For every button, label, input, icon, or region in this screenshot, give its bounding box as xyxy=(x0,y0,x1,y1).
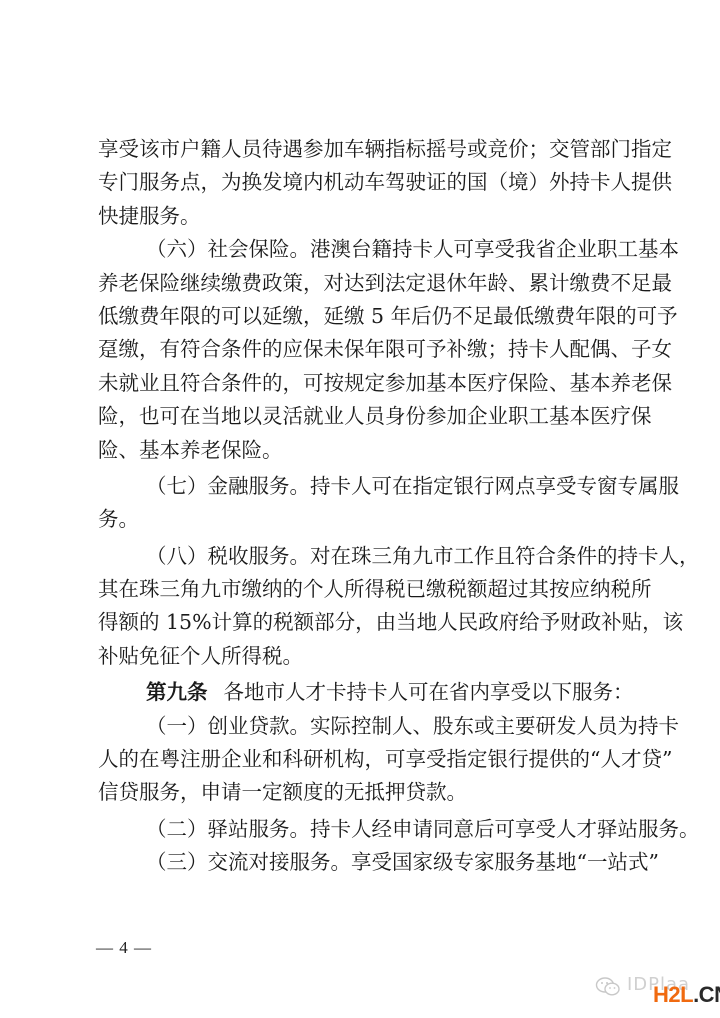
brand-cn: .CN xyxy=(693,982,720,1007)
document-body: 享受该市户籍人员待遇参加车辆指标摇号或竞价；交管部门指定 专门服务点，为换发境内… xyxy=(98,133,630,880)
text-line: 信贷服务，申请一定额度的无抵押贷款。 xyxy=(98,776,630,809)
text-line: 务。 xyxy=(98,503,630,536)
text-line: 其在珠三角九市缴纳的个人所得税已缴税额超过其按应纳税所 xyxy=(98,573,630,606)
page-number: — 4 — xyxy=(96,938,152,958)
text-line: 险，也可在当地以灵活就业人员身份参加企业职工基本医疗保 xyxy=(98,400,630,433)
text-line: 趸缴，有符合条件的应保未保年限可予补缴；持卡人配偶、子女 xyxy=(98,333,630,366)
section-7-heading-line: （七）金融服务。持卡人可在指定银行网点享受专窗专属服 xyxy=(98,470,630,503)
item-1-heading-line: （一）创业贷款。实际控制人、股东或主要研发人员为持卡 xyxy=(98,710,630,743)
text-line: 养老保险继续缴费政策，对达到法定退休年龄、累计缴费不足最 xyxy=(98,267,630,300)
watermark-brand: H2L.CN xyxy=(653,982,720,1008)
text-line: 险、基本养老保险。 xyxy=(98,434,630,467)
section-8-heading-line: （八）税收服务。对在珠三角九市工作且符合条件的持卡人， xyxy=(98,540,630,573)
document-page: 享受该市户籍人员待遇参加车辆指标摇号或竞价；交管部门指定 专门服务点，为换发境内… xyxy=(0,0,720,1018)
text-line: 专门服务点，为换发境内机动车驾驶证的国（境）外持卡人提供 xyxy=(98,166,630,199)
item-3-line: （三）交流对接服务。享受国家级专家服务基地“一站式” xyxy=(98,846,630,879)
section-6-heading-line: （六）社会保险。港澳台籍持卡人可享受我省企业职工基本 xyxy=(98,233,630,266)
text-line: 快捷服务。 xyxy=(98,200,630,233)
text-line: 低缴费年限的可以延缴，延缴 5 年后仍不足最低缴费年限的可予 xyxy=(98,300,630,333)
article-9-heading: 第九条 xyxy=(146,676,208,709)
brand-h2l: H2L xyxy=(653,982,693,1007)
text-line: 补贴免征个人所得税。 xyxy=(98,640,630,673)
text-line: 得额的 15%计算的税额部分，由当地人民政府给予财政补贴，该 xyxy=(98,606,630,639)
item-2-line: （二）驿站服务。持卡人经申请同意后可享受人才驿站服务。 xyxy=(98,813,630,846)
text-line: 享受该市户籍人员待遇参加车辆指标摇号或竞价；交管部门指定 xyxy=(98,133,630,166)
article-9-line: 第九条各地市人才卡持卡人可在省内享受以下服务： xyxy=(98,676,630,709)
wechat-icon xyxy=(595,976,621,998)
watermark: IDPlaa H2L.CN xyxy=(595,970,720,1010)
article-9-text: 各地市人才卡持卡人可在省内享受以下服务： xyxy=(224,680,634,704)
text-line: 未就业且符合条件的，可按规定参加基本医疗保险、基本养老保 xyxy=(98,367,630,400)
text-line: 人的在粤注册企业和科研机构，可享受指定银行提供的“人才贷” xyxy=(98,743,630,776)
